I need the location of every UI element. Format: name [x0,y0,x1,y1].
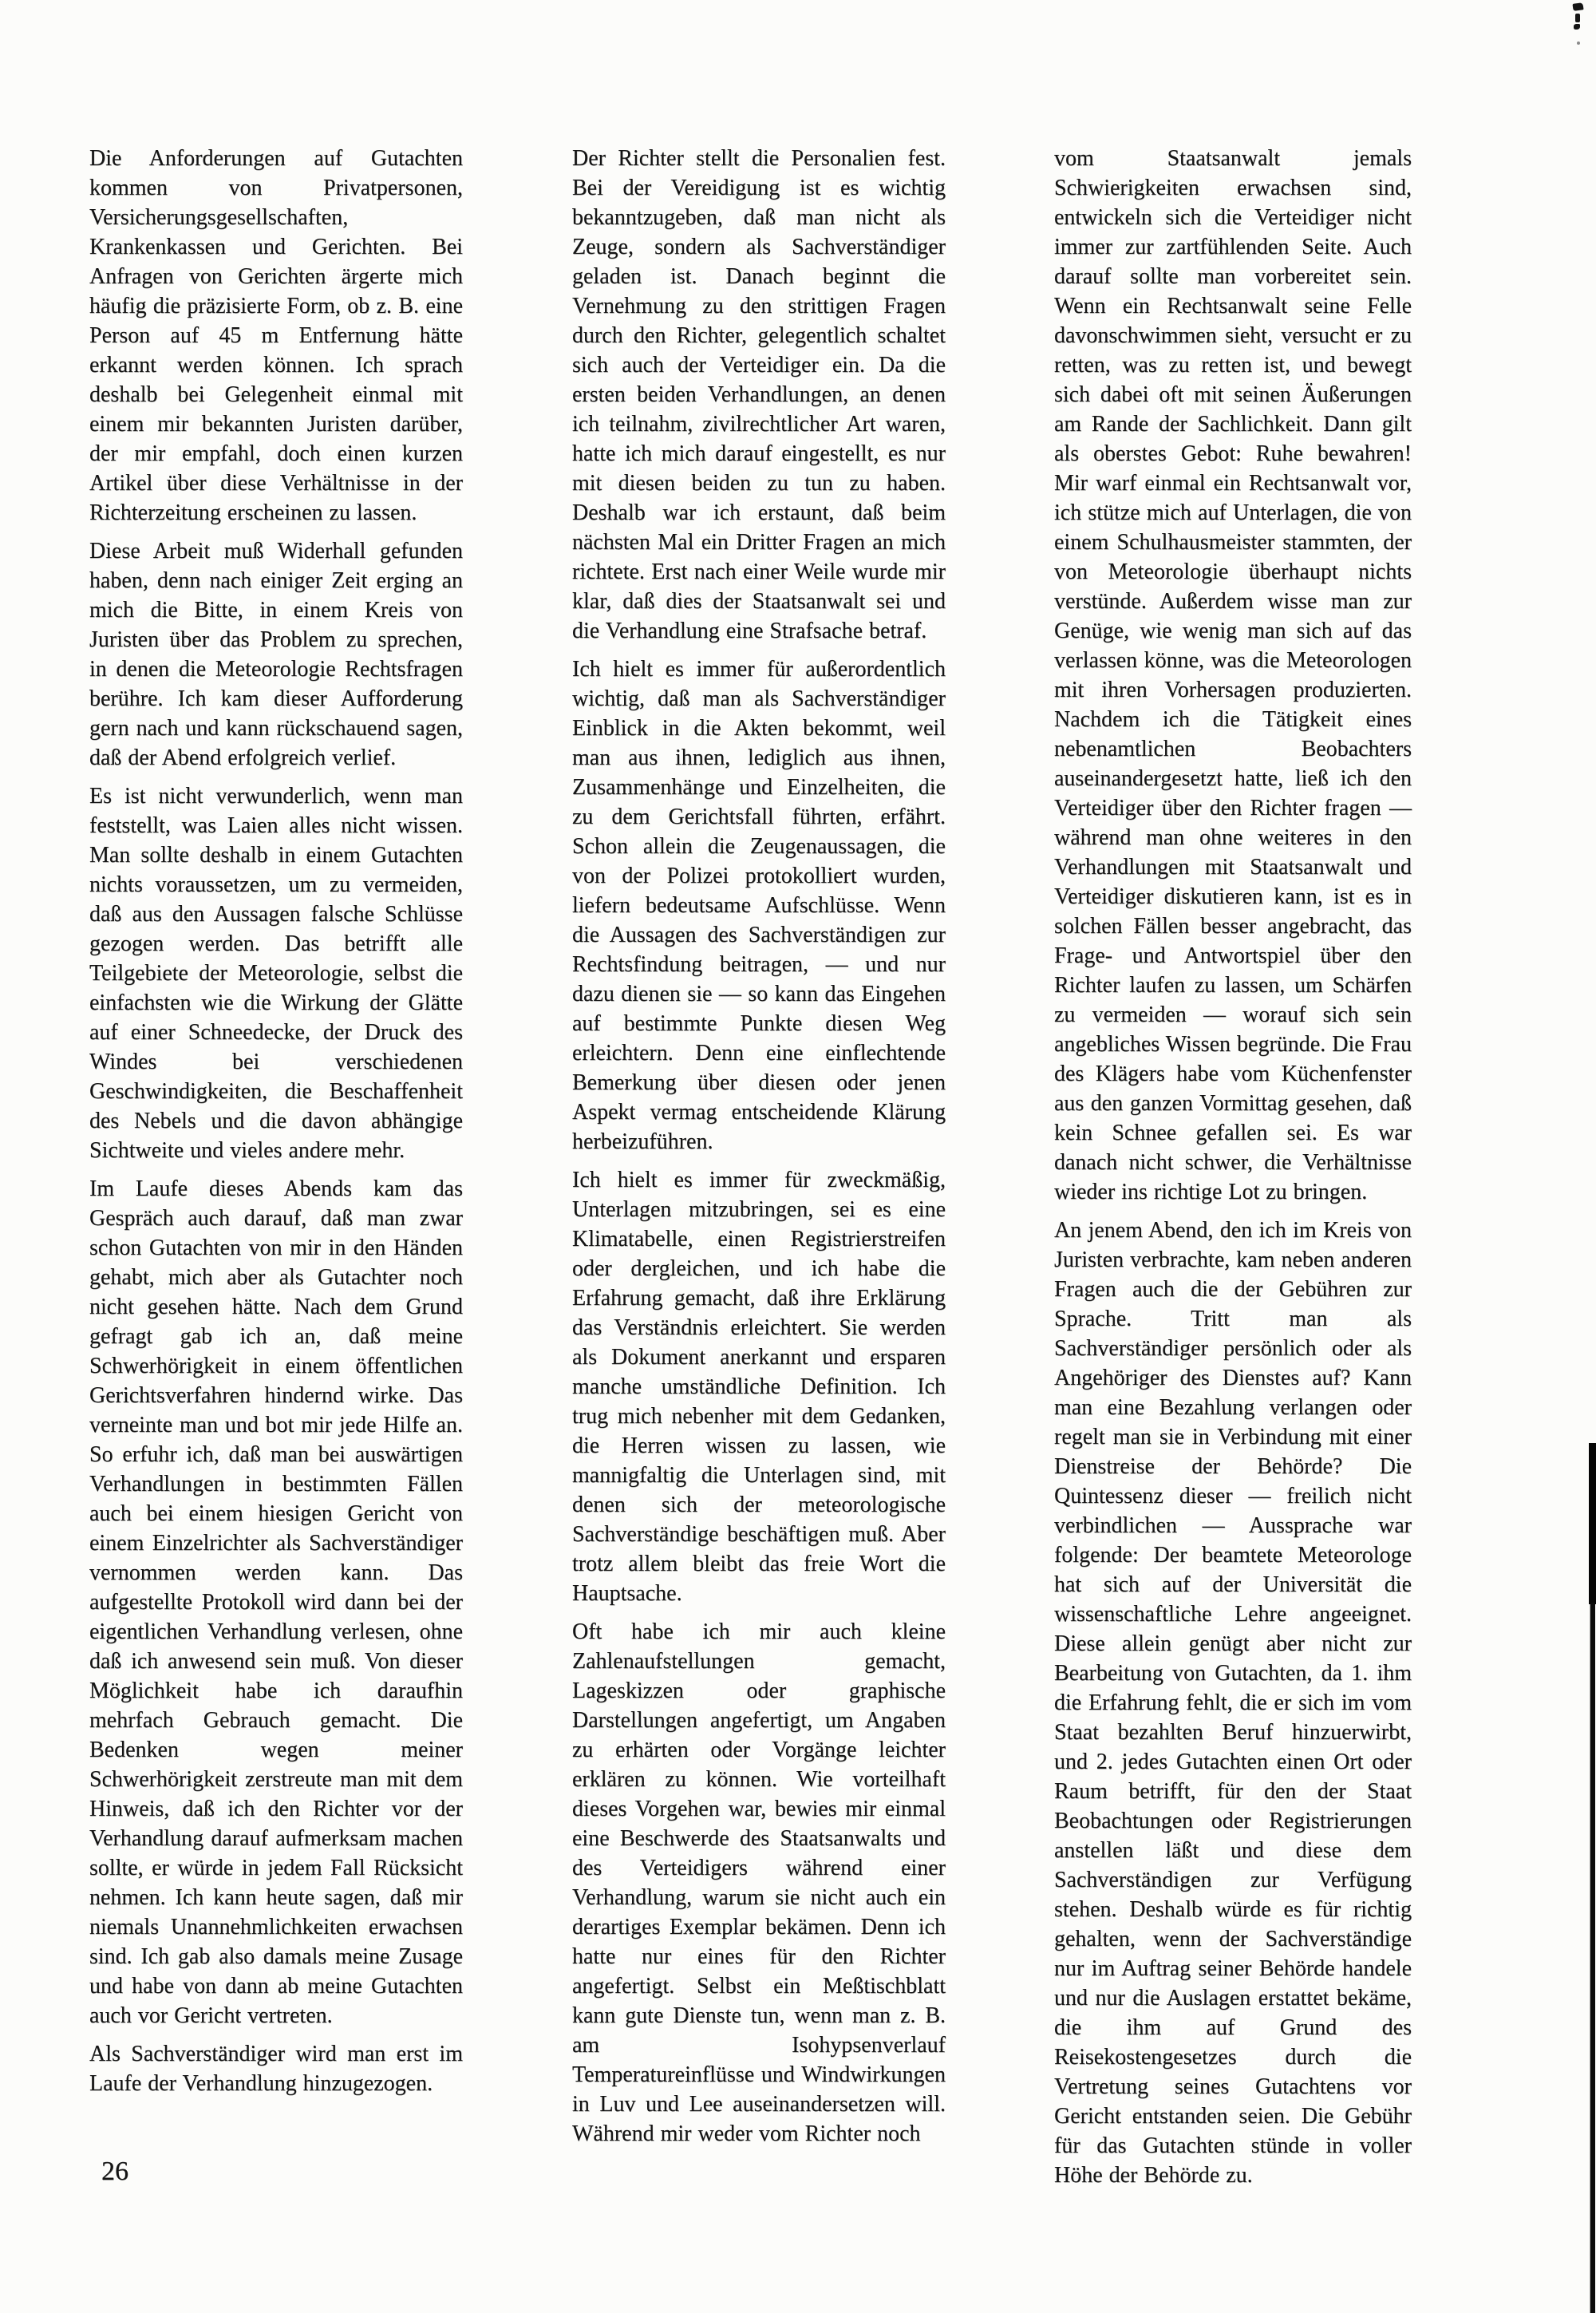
scanned-page: Die Anforderungen auf Gutachten kommen v… [0,0,1596,2313]
ink-speck [1574,24,1580,30]
ink-speck [1575,14,1580,22]
paragraph: Ich hielt es immer für außerordentlich w… [572,654,946,1156]
paragraph: vom Staatsanwalt jemals Schwierigkeiten … [1054,144,1412,1207]
ink-speck [1577,42,1580,45]
paragraph: An jenem Abend, den ich im Kreis von Jur… [1054,1216,1412,2190]
ink-speck [1572,2,1583,11]
text-column-1: Die Anforderungen auf Gutachten kommen v… [89,144,463,2107]
paragraph: Es ist nicht verwunderlich, wenn man fes… [89,781,463,1165]
paragraph: Als Sachverständiger wird man erst im La… [89,2039,463,2098]
paragraph: Diese Arbeit muß Widerhall gefunden habe… [89,536,463,773]
text-column-3: vom Staatsanwalt jemals Schwierigkeiten … [1054,144,1412,2199]
paragraph: Der Richter stellt die Personalien fest.… [572,144,946,646]
scan-edge-line [1590,1603,1595,2313]
text-column-2: Der Richter stellt die Personalien fest.… [572,144,946,2157]
scan-edge-line [1589,1443,1596,1604]
paragraph: Im Laufe dieses Abends kam das Gespräch … [89,1174,463,2030]
paragraph: Oft habe ich mir auch kleine Zahlenaufst… [572,1617,946,2149]
page-number: 26 [101,2157,128,2187]
paragraph: Ich hielt es immer für zweckmäßig, Unter… [572,1165,946,1608]
paragraph: Die Anforderungen auf Gutachten kommen v… [89,144,463,528]
